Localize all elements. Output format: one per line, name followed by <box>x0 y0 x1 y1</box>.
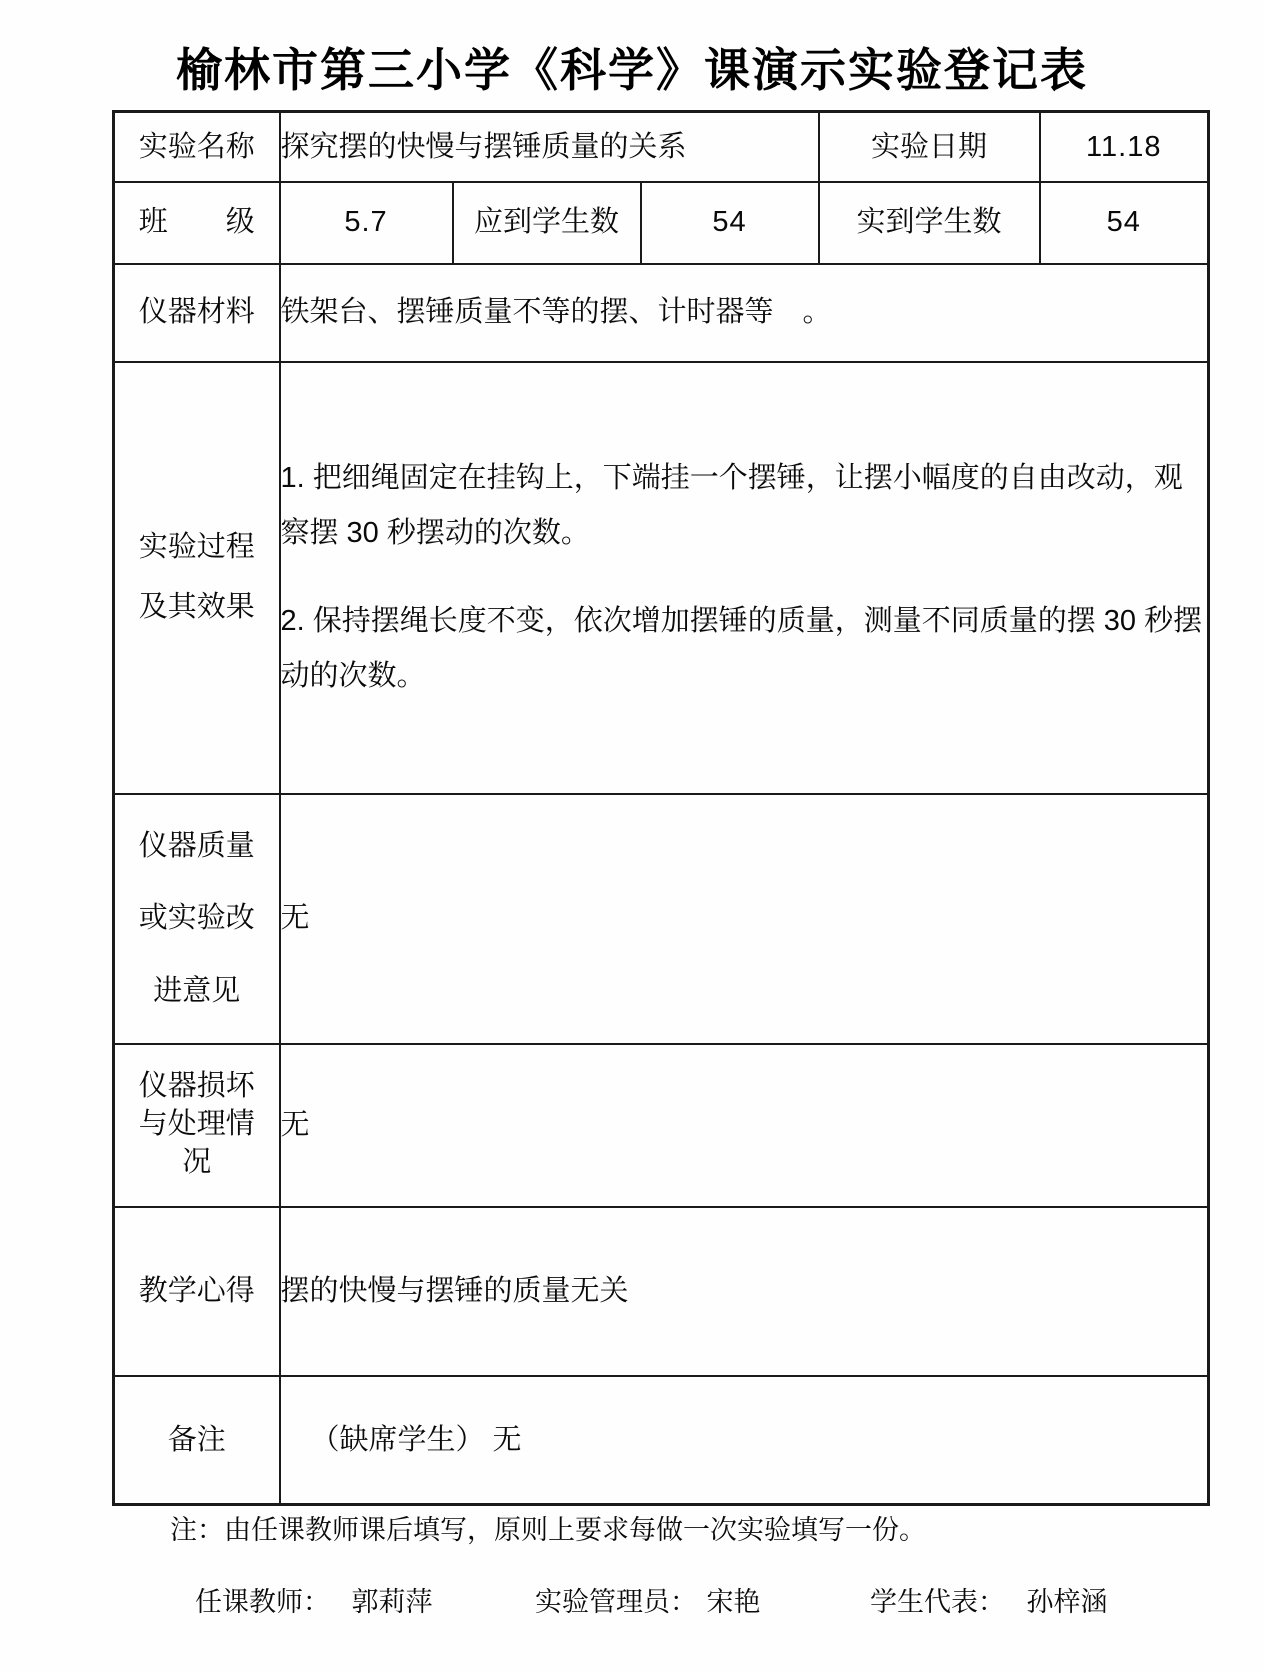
manager-signature-label: 实验管理员： <box>535 1587 697 1617</box>
student-signature: 学生代表： 孙梓涵 <box>870 1580 1108 1619</box>
student-signature-name: 孙梓涵 <box>1027 1587 1108 1617</box>
expected-students-value: 54 <box>641 182 819 264</box>
table-row-remarks: 备注 （缺席学生） 无 <box>114 1376 1209 1505</box>
registration-table: 实验名称 探究摆的快慢与摆锤质量的关系 实验日期 11.18 班 级 5.7 应… <box>112 110 1210 1506</box>
experiment-name-value: 探究摆的快慢与摆锤质量的关系 <box>280 112 819 182</box>
teacher-signature-label: 任课教师： <box>195 1587 330 1617</box>
experiment-date-value: 11.18 <box>1040 112 1209 182</box>
student-signature-label: 学生代表： <box>870 1587 1005 1617</box>
damage-label: 仪器损坏 与处理情 况 <box>114 1044 280 1207</box>
table-row-process: 实验过程 及其效果 1. 把细绳固定在挂钩上，下端挂一个摆锤，让摆小幅度的自由改… <box>114 362 1209 794</box>
quality-label: 仪器质量 或实验改 进意见 <box>114 794 280 1044</box>
table-row-quality: 仪器质量 或实验改 进意见 无 <box>114 794 1209 1044</box>
class-value: 5.7 <box>280 182 453 264</box>
remarks-label: 备注 <box>114 1376 280 1505</box>
table-row-damage: 仪器损坏 与处理情 况 无 <box>114 1044 1209 1207</box>
materials-label: 仪器材料 <box>114 264 280 362</box>
materials-value: 铁架台、摆锤质量不等的摆、计时器等 。 <box>280 264 1209 362</box>
signature-row: 任课教师： 郭莉萍 实验管理员： 宋艳 学生代表： 孙梓涵 <box>0 1580 1264 1620</box>
process-value: 1. 把细绳固定在挂钩上，下端挂一个摆锤，让摆小幅度的自由改动，观察摆 30 秒… <box>280 362 1209 794</box>
process-step-1: 1. 把细绳固定在挂钩上，下端挂一个摆锤，让摆小幅度的自由改动，观察摆 30 秒… <box>281 451 1208 561</box>
table-row-reflection: 教学心得 摆的快慢与摆锤的质量无关 <box>114 1207 1209 1376</box>
form-page: 榆林市第三小学《科学》课演示实验登记表 实验名称 探究摆的快慢与摆锤质量的关系 … <box>0 0 1264 1672</box>
experiment-name-label: 实验名称 <box>114 112 280 182</box>
table-row-experiment-name: 实验名称 探究摆的快慢与摆锤质量的关系 实验日期 11.18 <box>114 112 1209 182</box>
table-row-materials: 仪器材料 铁架台、摆锤质量不等的摆、计时器等 。 <box>114 264 1209 362</box>
remarks-value: （缺席学生） 无 <box>280 1376 1209 1505</box>
manager-signature-name: 宋艳 <box>707 1587 761 1617</box>
expected-students-label: 应到学生数 <box>453 182 641 264</box>
actual-students-value: 54 <box>1040 182 1209 264</box>
table-row-class: 班 级 5.7 应到学生数 54 实到学生数 54 <box>114 182 1209 264</box>
damage-value: 无 <box>280 1044 1209 1207</box>
quality-value: 无 <box>280 794 1209 1044</box>
process-label: 实验过程 及其效果 <box>114 362 280 794</box>
process-step-2: 2. 保持摆绳长度不变，依次增加摆锤的质量，测量不同质量的摆 30 秒摆动的次数… <box>281 594 1208 704</box>
footnote: 注：由任课教师课后填写，原则上要求每做一次实验填写一份。 <box>170 1508 926 1547</box>
page-title: 榆林市第三小学《科学》课演示实验登记表 <box>0 34 1264 100</box>
reflection-value: 摆的快慢与摆锤的质量无关 <box>280 1207 1209 1376</box>
reflection-label: 教学心得 <box>114 1207 280 1376</box>
teacher-signature-name: 郭莉萍 <box>352 1587 433 1617</box>
actual-students-label: 实到学生数 <box>819 182 1040 264</box>
class-label: 班 级 <box>114 182 280 264</box>
manager-signature: 实验管理员： 宋艳 <box>535 1580 761 1619</box>
experiment-date-label: 实验日期 <box>819 112 1040 182</box>
teacher-signature: 任课教师： 郭莉萍 <box>195 1580 433 1619</box>
